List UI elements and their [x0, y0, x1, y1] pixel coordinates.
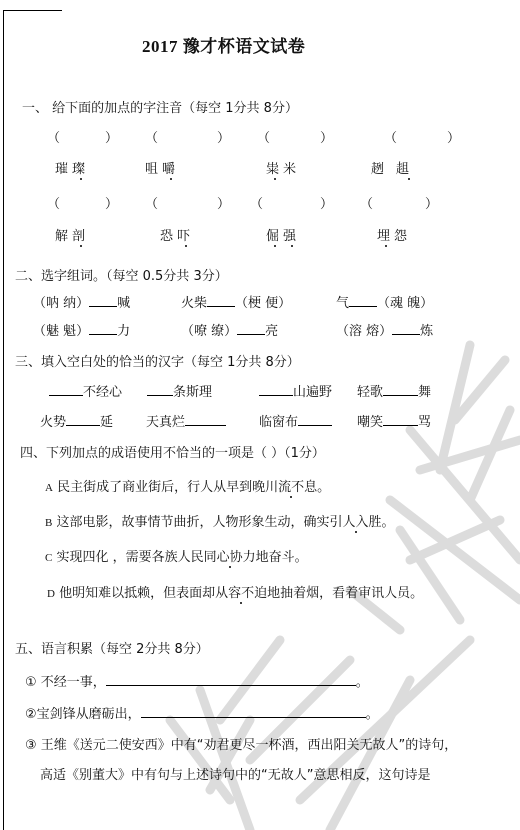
answer-blank[interactable]	[49, 383, 83, 396]
char: 趔	[371, 162, 396, 177]
idiom-fill-item: 轻歌舞	[357, 381, 431, 400]
char: 咀	[145, 162, 162, 177]
dotted-char: 璨	[72, 158, 89, 177]
char: 璀	[55, 162, 72, 177]
pinyin-word: 璀璨	[55, 158, 89, 177]
word-choice-item: 气（魂 魄）	[336, 292, 433, 311]
choice-chars: （魅 魁）	[33, 324, 89, 339]
paren-close: ）	[217, 127, 230, 146]
idiom-fill-item: 嘲笑骂	[357, 411, 431, 430]
answer-blank[interactable]	[237, 322, 265, 335]
answer-blank[interactable]	[383, 383, 418, 396]
answer-blank[interactable]	[89, 322, 117, 335]
section-3-heading: 三、填入空白处的恰当的汉字（每空 1分共 8分）	[15, 351, 300, 370]
section-1-heading: 一、 给下面的加点的字注音（每空 1分共 8分）	[22, 97, 298, 116]
answer-blank[interactable]	[383, 413, 418, 426]
answer-blank[interactable]	[392, 322, 420, 335]
word-choice-item: （溶 熔）炼	[336, 320, 433, 339]
option-text: 地奋斗。	[256, 550, 308, 565]
recitation-item-1: ① 不经一事，。	[25, 671, 369, 690]
idiom-fragment: 嘲笑	[357, 415, 383, 430]
page-corner-left	[3, 10, 4, 830]
pinyin-word: 倔强	[266, 225, 300, 244]
document-title: 2017 豫才杯语文试卷	[142, 32, 305, 57]
paren-open: （	[47, 127, 60, 146]
idiom-fragment: 临窗布	[259, 415, 298, 430]
page-corner-top	[3, 10, 62, 11]
paren-close: ）	[320, 127, 333, 146]
word-choice-item: （嘹 缭）亮	[181, 320, 278, 339]
paren-open: （	[384, 127, 397, 146]
paren-open: （	[145, 127, 158, 146]
dotted-idiom: 引人入胜	[330, 511, 382, 530]
pinyin-word: 趔趄	[371, 158, 421, 177]
idiom-fragment: 轻歌	[357, 385, 383, 400]
word-choice-item: 火柴（梗 便）	[181, 292, 291, 311]
option-text: 。	[317, 480, 330, 495]
section-5-heading: 五、语言积累（每空 2分共 8分）	[15, 638, 209, 657]
answer-blank[interactable]	[66, 413, 100, 426]
recitation-item-3-line-2: 高适《别董大》中有句与上述诗句中的“无故人”意思相反，这句诗是	[40, 764, 430, 783]
answer-blank[interactable]	[259, 383, 293, 396]
word-fragment: 炼	[420, 324, 433, 339]
answer-blank[interactable]	[349, 294, 377, 307]
paren-close: ）	[320, 193, 333, 212]
answer-blank[interactable]	[89, 294, 117, 307]
paren-open: （	[360, 193, 373, 212]
dotted-idiom: 同心协力	[204, 546, 256, 565]
answer-blank[interactable]	[147, 383, 173, 396]
word-fragment: 喊	[117, 296, 130, 311]
section-2-heading: 二、选字组词。（每空 0.5分共 3分）	[15, 265, 228, 284]
paren-close: ）	[105, 193, 118, 212]
dotted-char: 埋	[377, 225, 394, 244]
word-fragment: 火柴	[181, 296, 207, 311]
dotted-char: 剖	[72, 225, 89, 244]
idiom-fragment: 天真烂	[146, 415, 185, 430]
pinyin-word: 恐吓	[160, 225, 194, 244]
idiom-fill-item: 火势延	[40, 411, 113, 430]
idiom-fragment: 不经心	[83, 385, 122, 400]
option-text: 。	[382, 515, 395, 530]
pinyin-word: 咀嚼	[145, 158, 179, 177]
dotted-char: 强	[283, 225, 300, 244]
paren-close: ）	[105, 127, 118, 146]
recitation-item-3-line-1: ③ 王维《送元二使安西》中有“劝君更尽一杯酒，西出阳关无故人”的诗句，	[25, 734, 457, 753]
paren-close: ）	[447, 127, 460, 146]
idiom-fragment: 条斯理	[173, 385, 212, 400]
pinyin-word: 粜米	[266, 158, 300, 177]
option-text: 民主街成了商业街后，行人从早到晚	[57, 480, 265, 495]
word-choice-item: （魅 魁）力	[33, 320, 130, 339]
idiom-fill-item: 山遍野	[259, 381, 332, 400]
option-letter: D	[47, 588, 55, 600]
idiom-fill-item: 条斯理	[147, 381, 212, 400]
option-text: 这部电影，故事情节曲折，人物形象生动，确实	[56, 515, 329, 530]
idiom-fill-item: 不经心	[49, 381, 122, 400]
dotted-char: 趄	[396, 158, 421, 177]
idiom-fragment: 火势	[40, 415, 66, 430]
option-text: 地抽着烟，看着审讯人员。	[267, 586, 423, 601]
option-text: 他明知难以抵赖，但表面却	[59, 586, 215, 601]
idiom-fill-item: 天真烂	[146, 411, 226, 430]
answer-blank[interactable]	[185, 413, 226, 426]
char: 怨	[394, 229, 411, 244]
pinyin-word: 解剖	[55, 225, 89, 244]
answer-blank[interactable]	[141, 705, 366, 718]
dotted-idiom: 从容不迫	[215, 582, 267, 601]
option-d[interactable]: D 他明知难以抵赖，但表面却从容不迫地抽着烟，看着审讯人员。	[47, 582, 423, 601]
option-b[interactable]: B 这部电影，故事情节曲折，人物形象生动，确实引人入胜。	[45, 511, 395, 530]
paren-close: ）	[425, 193, 438, 212]
choice-chars: （呐 纳）	[33, 296, 89, 311]
answer-blank[interactable]	[298, 413, 332, 426]
paren-open: （	[257, 127, 270, 146]
paren-open: （	[145, 193, 158, 212]
dotted-char: 粜	[266, 158, 283, 177]
item-text: 。	[366, 707, 379, 722]
answer-blank[interactable]	[106, 673, 356, 686]
idiom-fragment: 延	[100, 415, 113, 430]
char: 解	[55, 229, 72, 244]
option-text: 实现四化 ，需要各族人民	[56, 550, 203, 565]
item-text: ②宝剑锋从磨砺出，	[25, 707, 141, 722]
recitation-item-2: ②宝剑锋从磨砺出，。	[25, 703, 379, 722]
paren-open: （	[47, 193, 60, 212]
item-text: 。	[356, 675, 369, 690]
dotted-char: 嚼	[162, 158, 179, 177]
option-letter: C	[45, 552, 52, 564]
option-letter: A	[45, 482, 53, 494]
option-c[interactable]: C 实现四化 ，需要各族人民同心协力地奋斗。	[45, 546, 308, 565]
word-fragment: 力	[117, 324, 130, 339]
pinyin-word: 埋怨	[377, 225, 411, 244]
choice-chars: （溶 熔）	[336, 324, 392, 339]
choice-chars: （嘹 缭）	[181, 324, 237, 339]
dotted-char: 倔	[266, 225, 283, 244]
answer-blank[interactable]	[207, 294, 235, 307]
dotted-char: 吓	[177, 225, 194, 244]
word-fragment: 气	[336, 296, 349, 311]
dotted-idiom: 川流不息	[265, 476, 317, 495]
idiom-fragment: 舞	[418, 385, 431, 400]
paren-close: ）	[217, 193, 230, 212]
idiom-fragment: 山遍野	[293, 385, 332, 400]
option-letter: B	[45, 517, 52, 529]
item-text: ① 不经一事，	[25, 675, 106, 690]
idiom-fragment: 骂	[418, 415, 431, 430]
word-choice-item: （呐 纳）喊	[33, 292, 130, 311]
char: 米	[283, 162, 300, 177]
option-a[interactable]: A 民主街成了商业街后，行人从早到晚川流不息。	[45, 476, 330, 495]
word-fragment: 亮	[265, 324, 278, 339]
choice-chars: （梗 便）	[235, 296, 291, 311]
char: 恐	[160, 229, 177, 244]
idiom-fill-item: 临窗布	[259, 411, 332, 430]
paren-open: （	[250, 193, 263, 212]
choice-chars: （魂 魄）	[377, 296, 433, 311]
section-4-heading: 四、下列加点的成语使用不恰当的一项是（ ）（1分）	[20, 442, 325, 461]
